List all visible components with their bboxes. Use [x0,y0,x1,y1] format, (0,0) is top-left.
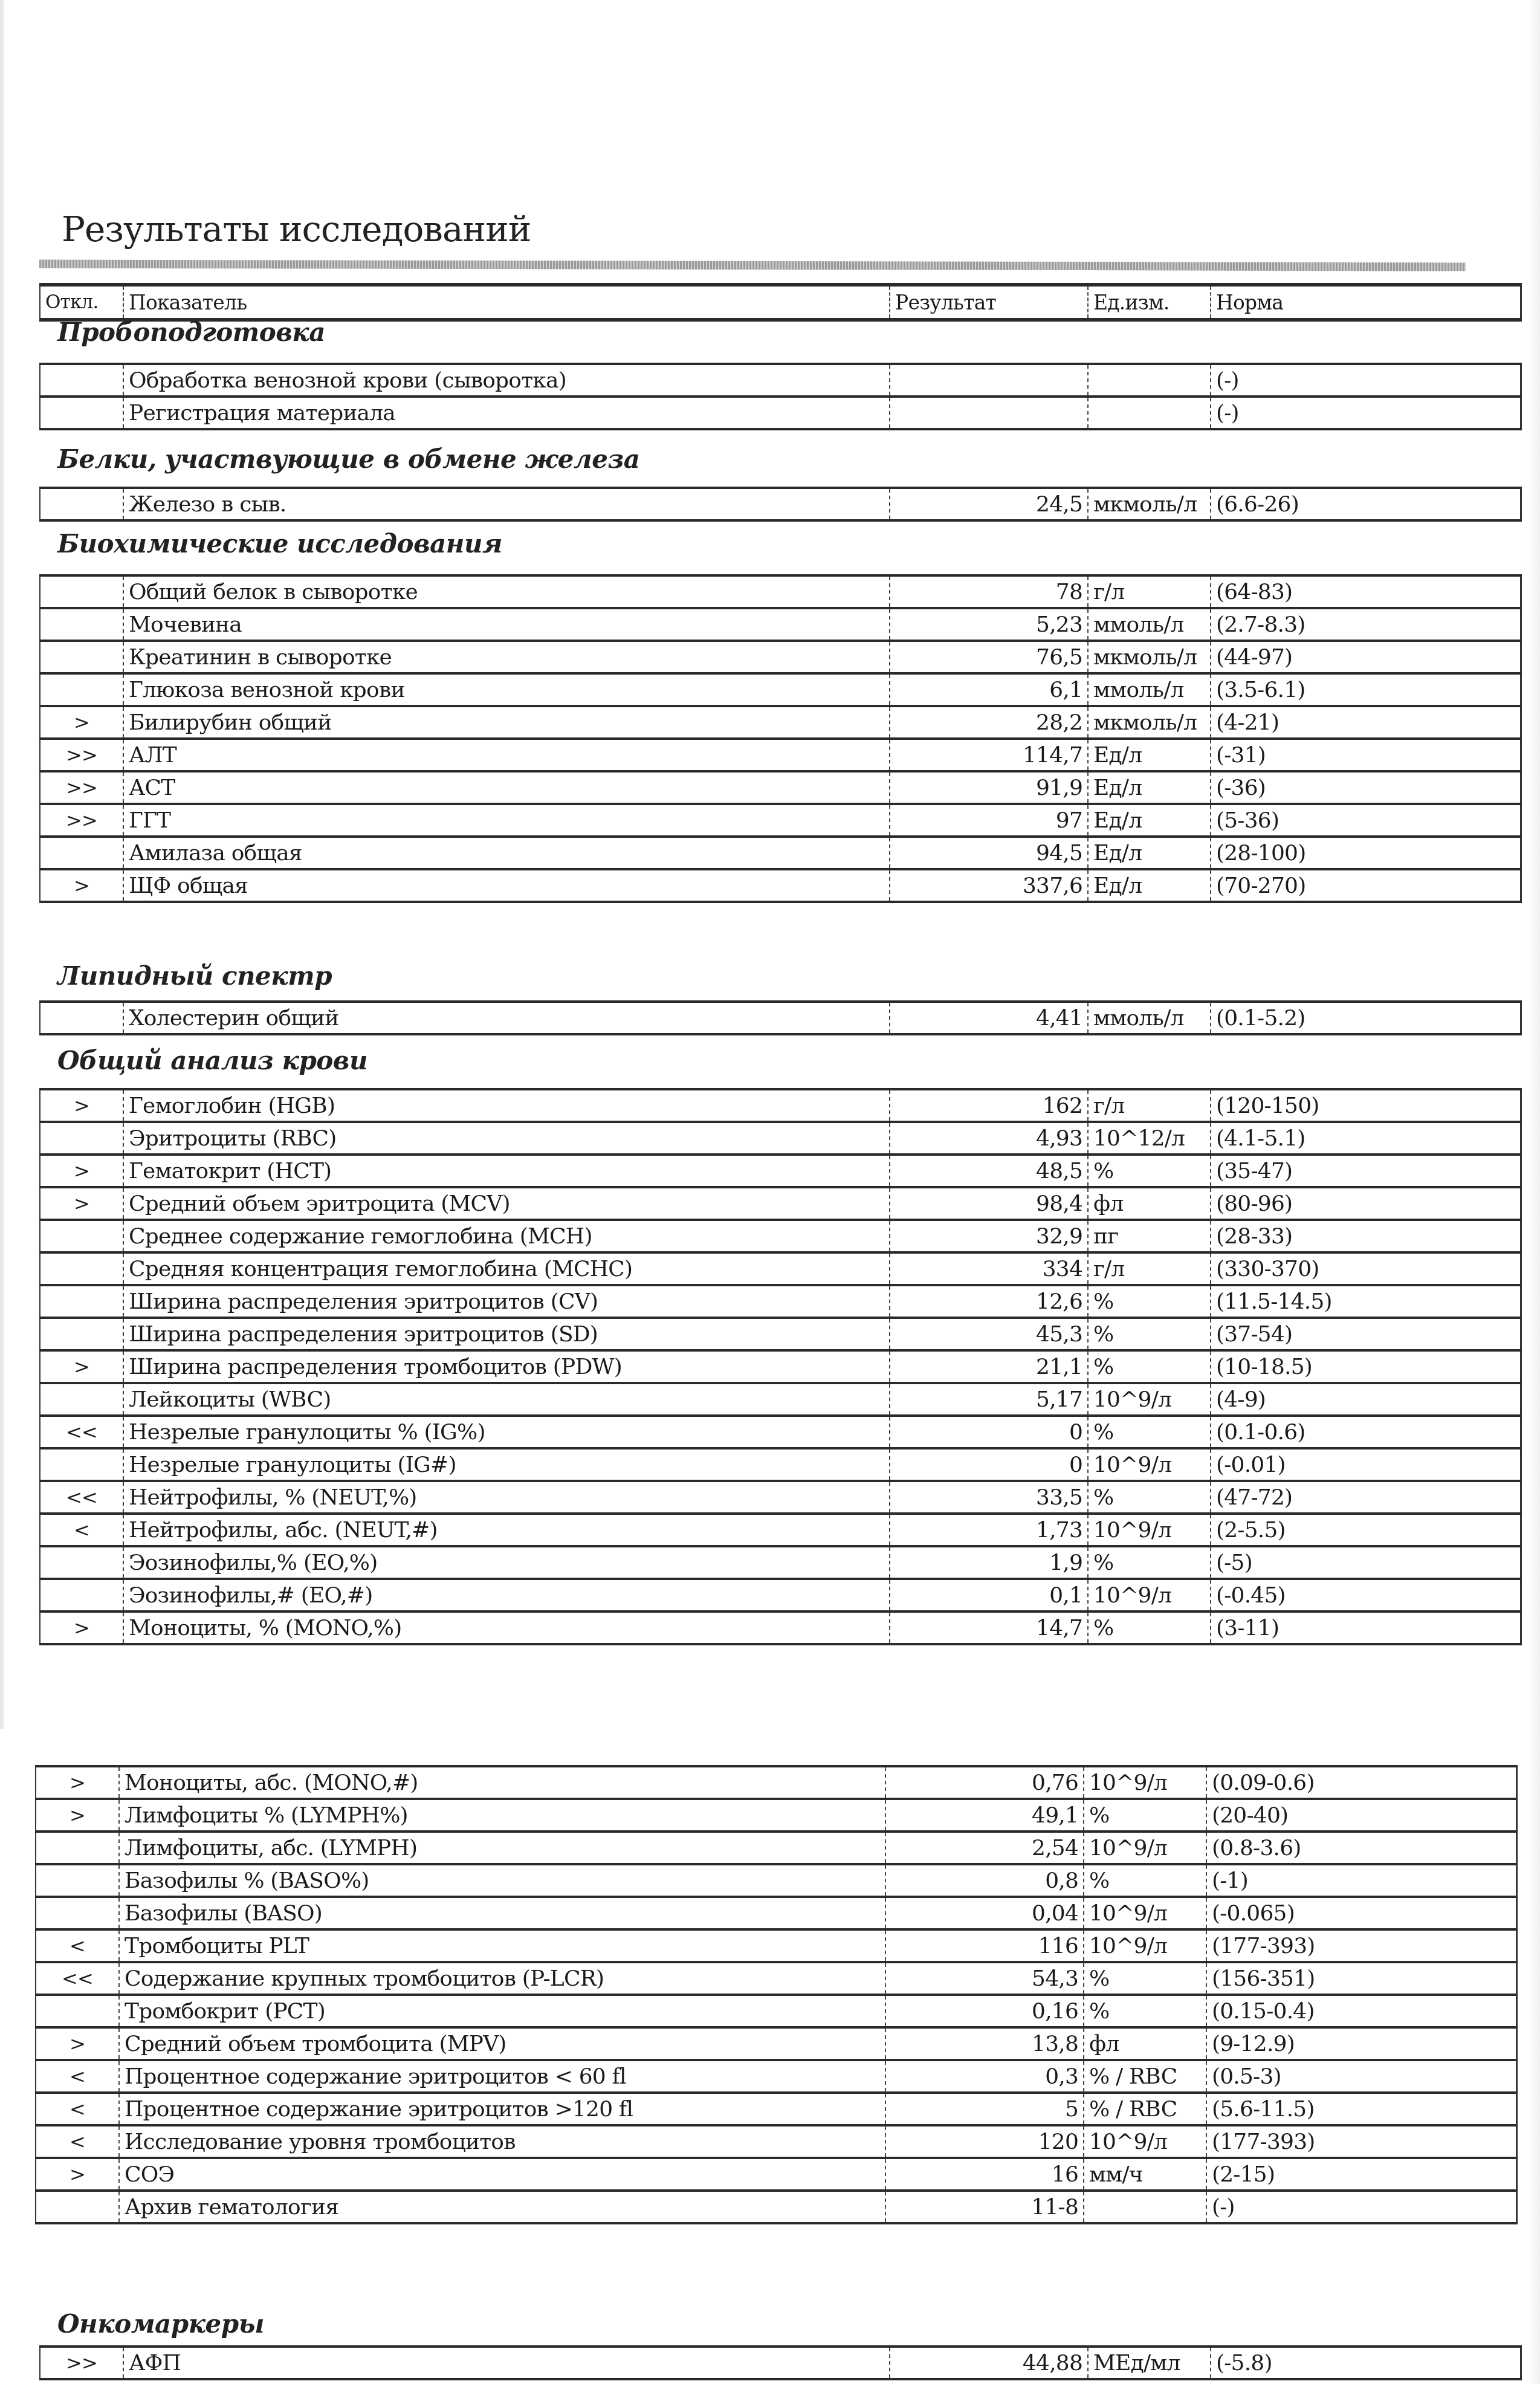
deviation-flag [40,1285,123,1318]
section-title: Липидный спектр [57,961,332,991]
result-value: 0,1 [890,1579,1088,1611]
unit: % / RBC [1084,2060,1206,2093]
result-value: 334 [890,1252,1088,1285]
deviation-flag [36,1832,119,1864]
indicator-name: Тромбоциты PLT [119,1929,885,1962]
result-value: 5 [885,2093,1084,2125]
norm-range: (9-12.9) [1206,2027,1517,2060]
norm-range: (2.7-8.3) [1211,608,1521,641]
norm-range: (0.8-3.6) [1206,1832,1517,1864]
unit [1084,2191,1206,2223]
table-row: Архив гематология11-8(-) [36,2191,1517,2223]
table-row: Лейкоциты (WBC)5,1710^9/л(4-9) [40,1383,1521,1416]
table-row: Ширина распределения эритроцитов (SD)45,… [40,1318,1521,1350]
table-row: >Гемоглобин (HGB)162г/л(120-150) [40,1089,1521,1122]
indicator-name: Эритроциты (RBC) [123,1122,890,1155]
table-row: Глюкоза венозной крови6,1ммоль/л(3.5-6.1… [40,673,1521,706]
indicator-name: Эозинофилы,% (EO,%) [123,1546,890,1579]
result-value: 0,8 [885,1864,1084,1897]
deviation-flag: << [40,1481,123,1514]
table-row: <<Содержание крупных тромбоцитов (P-LCR)… [36,1962,1517,1995]
norm-range: (-) [1206,2191,1517,2223]
result-value: 45,3 [890,1318,1088,1350]
indicator-name: Нейтрофилы, абс. (NEUT,#) [123,1514,890,1546]
header-unit: Ед.изм. [1088,285,1211,320]
indicator-name: Тромбокрит (PCT) [119,1995,885,2027]
norm-range: (64-83) [1211,575,1521,608]
results-table: Обработка венозной крови (сыворотка)(-)Р… [39,363,1522,430]
indicator-name: АФП [123,2347,890,2379]
norm-range: (-) [1211,397,1521,429]
deviation-flag [40,397,123,429]
table-row: >СОЭ16мм/ч(2-15) [36,2158,1517,2191]
unit: % [1088,1155,1211,1187]
result-value: 116 [885,1929,1084,1962]
result-value [890,397,1088,429]
unit: Ед/л [1088,739,1211,771]
deviation-flag [40,837,123,869]
deviation-flag: < [36,2060,119,2093]
header-flag: Откл. [40,285,123,320]
deviation-flag [40,1002,123,1034]
norm-range: (10-18.5) [1211,1350,1521,1383]
deviation-flag: < [36,1929,119,1962]
table-row: Креатинин в сыворотке76,5мкмоль/л(44-97) [40,641,1521,673]
unit: % [1088,1611,1211,1644]
result-value: 4,41 [890,1002,1088,1034]
indicator-name: Билирубин общий [123,706,890,739]
result-value: 54,3 [885,1962,1084,1995]
result-value: 4,93 [890,1122,1088,1155]
result-value: 28,2 [890,706,1088,739]
table-row: Эритроциты (RBC)4,9310^12/л(4.1-5.1) [40,1122,1521,1155]
unit: % [1088,1416,1211,1448]
results-table: Железо в сыв.24,5мкмоль/л(6.6-26) [39,487,1522,522]
norm-range: (-5.8) [1211,2347,1521,2379]
deviation-flag [40,1448,123,1481]
deviation-flag: > [40,1155,123,1187]
table-row: <Процентное содержание эритроцитов >120 … [36,2093,1517,2125]
unit: мм/ч [1084,2158,1206,2191]
norm-range: (-0.45) [1211,1579,1521,1611]
indicator-name: Средний объем тромбоцита (MPV) [119,2027,885,2060]
unit: % [1088,1350,1211,1383]
indicator-name: Ширина распределения эритроцитов (CV) [123,1285,890,1318]
norm-range: (-0.01) [1211,1448,1521,1481]
unit: г/л [1088,1252,1211,1285]
table-row: Незрелые гранулоциты (IG#)010^9/л(-0.01) [40,1448,1521,1481]
indicator-name: Эозинофилы,# (EO,#) [123,1579,890,1611]
indicator-name: Лимфоциты % (LYMPH%) [119,1799,885,1832]
section-title: Биохимические исследования [57,529,502,559]
norm-range: (47-72) [1211,1481,1521,1514]
indicator-name: Среднее содержание гемоглобина (MCH) [123,1220,890,1252]
deviation-flag [40,673,123,706]
unit: Ед/л [1088,804,1211,837]
result-value: 5,23 [890,608,1088,641]
result-value: 5,17 [890,1383,1088,1416]
unit: 10^9/л [1084,1929,1206,1962]
result-value: 33,5 [890,1481,1088,1514]
table-row: Обработка венозной крови (сыворотка)(-) [40,364,1521,397]
unit: % [1084,1995,1206,2027]
deviation-flag [36,2191,119,2223]
unit: мкмоль/л [1088,641,1211,673]
section-title: Онкомаркеры [57,2309,264,2339]
deviation-flag: > [40,1187,123,1220]
deviation-flag [40,1252,123,1285]
indicator-name: Исследование уровня тромбоцитов [119,2125,885,2158]
result-value: 0,76 [885,1766,1084,1799]
result-value: 49,1 [885,1799,1084,1832]
indicator-name: Процентное содержание эритроцитов >120 f… [119,2093,885,2125]
results-table: Общий белок в сыворотке78г/л(64-83)Мочев… [39,574,1522,903]
unit: 10^9/л [1084,2125,1206,2158]
result-value: 337,6 [890,869,1088,902]
deviation-flag: >> [40,771,123,804]
deviation-flag: > [36,1799,119,1832]
result-value: 1,73 [890,1514,1088,1546]
unit: % [1088,1318,1211,1350]
unit: 10^9/л [1088,1579,1211,1611]
table-row: <Процентное содержание эритроцитов < 60 … [36,2060,1517,2093]
deviation-flag: < [36,2125,119,2158]
norm-range: (44-97) [1211,641,1521,673]
unit: фл [1088,1187,1211,1220]
table-row: Ширина распределения эритроцитов (CV)12,… [40,1285,1521,1318]
deviation-flag [40,641,123,673]
unit: мкмоль/л [1088,706,1211,739]
table-row: <<Нейтрофилы, % (NEUT,%)33,5%(47-72) [40,1481,1521,1514]
table-row: >Ширина распределения тромбоцитов (PDW)2… [40,1350,1521,1383]
indicator-name: Моноциты, % (MONO,%) [123,1611,890,1644]
indicator-name: Обработка венозной крови (сыворотка) [123,364,890,397]
result-value: 0,3 [885,2060,1084,2093]
table-row: Тромбокрит (PCT)0,16%(0.15-0.4) [36,1995,1517,2027]
deviation-flag: > [40,869,123,902]
result-value: 21,1 [890,1350,1088,1383]
unit: 10^9/л [1084,1832,1206,1864]
norm-range: (3-11) [1211,1611,1521,1644]
result-value: 120 [885,2125,1084,2158]
title-rule [39,260,1466,271]
deviation-flag: > [40,706,123,739]
deviation-flag [40,1383,123,1416]
unit: 10^9/л [1084,1766,1206,1799]
unit: фл [1084,2027,1206,2060]
norm-range: (2-5.5) [1211,1514,1521,1546]
norm-range: (-1) [1206,1864,1517,1897]
norm-range: (120-150) [1211,1089,1521,1122]
deviation-flag [36,1995,119,2027]
table-row: Регистрация материала(-) [40,397,1521,429]
norm-range: (177-393) [1206,2125,1517,2158]
indicator-name: Незрелые гранулоциты % (IG%) [123,1416,890,1448]
result-value: 98,4 [890,1187,1088,1220]
deviation-flag: >> [40,739,123,771]
deviation-flag: > [36,2027,119,2060]
indicator-name: ГГТ [123,804,890,837]
unit: Ед/л [1088,869,1211,902]
deviation-flag: > [40,1611,123,1644]
deviation-flag [40,1122,123,1155]
unit: г/л [1088,575,1211,608]
results-table-continued: >Моноциты, абс. (MONO,#)0,7610^9/л(0.09-… [35,1765,1518,2224]
indicator-name: Незрелые гранулоциты (IG#) [123,1448,890,1481]
deviation-flag [40,608,123,641]
table-row: Базофилы % (BASO%)0,8%(-1) [36,1864,1517,1897]
norm-range: (0.09-0.6) [1206,1766,1517,1799]
unit: ммоль/л [1088,608,1211,641]
indicator-name: Средняя концентрация гемоглобина (MCHC) [123,1252,890,1285]
result-value: 78 [890,575,1088,608]
indicator-name: АЛТ [123,739,890,771]
norm-range: (-) [1211,364,1521,397]
result-value: 0,16 [885,1995,1084,2027]
indicator-name: Содержание крупных тромбоцитов (P-LCR) [119,1962,885,1995]
norm-range: (5.6-11.5) [1206,2093,1517,2125]
norm-range: (330-370) [1211,1252,1521,1285]
deviation-flag: > [36,1766,119,1799]
unit: % [1084,1864,1206,1897]
deviation-flag: > [40,1089,123,1122]
norm-range: (-5) [1211,1546,1521,1579]
unit: 10^9/л [1088,1514,1211,1546]
table-row: Средняя концентрация гемоглобина (MCHC)3… [40,1252,1521,1285]
result-value: 0,04 [885,1897,1084,1929]
table-row: >>АСТ91,9Ед/л(-36) [40,771,1521,804]
result-value: 32,9 [890,1220,1088,1252]
result-value: 13,8 [885,2027,1084,2060]
result-value: 16 [885,2158,1084,2191]
header-result: Результат [890,285,1088,320]
norm-range: (37-54) [1211,1318,1521,1350]
table-row: Железо в сыв.24,5мкмоль/л(6.6-26) [40,488,1521,520]
deviation-flag: > [40,1350,123,1383]
unit: % [1084,1962,1206,1995]
norm-range: (80-96) [1211,1187,1521,1220]
table-row: <Исследование уровня тромбоцитов12010^9/… [36,2125,1517,2158]
unit: Ед/л [1088,837,1211,869]
unit: % [1088,1481,1211,1514]
norm-range: (28-100) [1211,837,1521,869]
norm-range: (4-9) [1211,1383,1521,1416]
norm-range: (70-270) [1211,869,1521,902]
result-value: 1,9 [890,1546,1088,1579]
norm-range: (0.1-5.2) [1211,1002,1521,1034]
table-row: >ЩФ общая337,6Ед/л(70-270) [40,869,1521,902]
result-value: 11-8 [885,2191,1084,2223]
section-title: Пробоподготовка [57,317,325,347]
indicator-name: Креатинин в сыворотке [123,641,890,673]
indicator-name: Архив гематология [119,2191,885,2223]
section-title: Общий анализ крови [57,1046,367,1075]
deviation-flag [40,1579,123,1611]
unit: ммоль/л [1088,673,1211,706]
results-table: >Гемоглобин (HGB)162г/л(120-150)Эритроци… [39,1088,1522,1645]
deviation-flag: >> [40,2347,123,2379]
results-table: >>АФП44,88МЕд/мл(-5.8) [39,2345,1522,2380]
indicator-name: СОЭ [119,2158,885,2191]
section-title: Белки, участвующие в обмене железа [57,444,639,474]
indicator-name: Гемоглобин (HGB) [123,1089,890,1122]
unit: г/л [1088,1089,1211,1122]
header-name: Показатель [123,285,890,320]
result-value: 76,5 [890,641,1088,673]
deviation-flag: > [36,2158,119,2191]
result-value: 14,7 [890,1611,1088,1644]
result-value: 91,9 [890,771,1088,804]
deviation-flag [40,575,123,608]
table-row: >Моноциты, абс. (MONO,#)0,7610^9/л(0.09-… [36,1766,1517,1799]
unit: % [1088,1546,1211,1579]
table-row: >Лимфоциты % (LYMPH%)49,1%(20-40) [36,1799,1517,1832]
norm-range: (156-351) [1206,1962,1517,1995]
norm-range: (4-21) [1211,706,1521,739]
indicator-name: Процентное содержание эритроцитов < 60 f… [119,2060,885,2093]
indicator-name: Железо в сыв. [123,488,890,520]
scan-edge-left [0,0,4,1729]
scan-edge-right [1527,0,1540,2384]
indicator-name: ЩФ общая [123,869,890,902]
table-row: >>АЛТ114,7Ед/л(-31) [40,739,1521,771]
norm-range: (177-393) [1206,1929,1517,1962]
deviation-flag: >> [40,804,123,837]
result-value [890,364,1088,397]
indicator-name: Базофилы % (BASO%) [119,1864,885,1897]
deviation-flag [40,1546,123,1579]
norm-range: (2-15) [1206,2158,1517,2191]
indicator-name: Ширина распределения эритроцитов (SD) [123,1318,890,1350]
indicator-name: Ширина распределения тромбоцитов (PDW) [123,1350,890,1383]
indicator-name: Амилаза общая [123,837,890,869]
unit: % / RBC [1084,2093,1206,2125]
unit: мкмоль/л [1088,488,1211,520]
table-row: >Гематокрит (HCT)48,5%(35-47) [40,1155,1521,1187]
deviation-flag: << [36,1962,119,1995]
norm-range: (6.6-26) [1211,488,1521,520]
indicator-name: Холестерин общий [123,1002,890,1034]
deviation-flag [36,1897,119,1929]
table-row: <Тромбоциты PLT11610^9/л(177-393) [36,1929,1517,1962]
table-row: Холестерин общий4,41ммоль/л(0.1-5.2) [40,1002,1521,1034]
deviation-flag [40,364,123,397]
table-row: Эозинофилы,# (EO,#)0,110^9/л(-0.45) [40,1579,1521,1611]
norm-range: (0.5-3) [1206,2060,1517,2093]
unit: 10^12/л [1088,1122,1211,1155]
table-row: >>ГГТ97Ед/л(5-36) [40,804,1521,837]
norm-range: (0.1-0.6) [1211,1416,1521,1448]
indicator-name: Лейкоциты (WBC) [123,1383,890,1416]
norm-range: (-31) [1211,739,1521,771]
table-row: Базофилы (BASO)0,0410^9/л(-0.065) [36,1897,1517,1929]
deviation-flag: << [40,1416,123,1448]
table-row: >Билирубин общий28,2мкмоль/л(4-21) [40,706,1521,739]
table-row: Мочевина5,23ммоль/л(2.7-8.3) [40,608,1521,641]
indicator-name: Глюкоза венозной крови [123,673,890,706]
indicator-name: Моноциты, абс. (MONO,#) [119,1766,885,1799]
results-table: Холестерин общий4,41ммоль/л(0.1-5.2) [39,1000,1522,1035]
table-row: Общий белок в сыворотке78г/л(64-83) [40,575,1521,608]
header-row: Откл. Показатель Результат Ед.изм. Норма [40,285,1521,320]
norm-range: (-36) [1211,771,1521,804]
unit: % [1088,1285,1211,1318]
indicator-name: Общий белок в сыворотке [123,575,890,608]
indicator-name: Нейтрофилы, % (NEUT,%) [123,1481,890,1514]
result-value: 44,88 [890,2347,1088,2379]
table-row: >Моноциты, % (MONO,%)14,7%(3-11) [40,1611,1521,1644]
deviation-flag [40,488,123,520]
result-value: 48,5 [890,1155,1088,1187]
unit: Ед/л [1088,771,1211,804]
unit [1088,364,1211,397]
result-value: 162 [890,1089,1088,1122]
indicator-name: Базофилы (BASO) [119,1897,885,1929]
deviation-flag [40,1318,123,1350]
norm-range: (3.5-6.1) [1211,673,1521,706]
unit: 10^9/л [1084,1897,1206,1929]
deviation-flag [36,1864,119,1897]
norm-range: (4.1-5.1) [1211,1122,1521,1155]
norm-range: (0.15-0.4) [1206,1995,1517,2027]
table-row: <<Незрелые гранулоциты % (IG%)0%(0.1-0.6… [40,1416,1521,1448]
table-row: <Нейтрофилы, абс. (NEUT,#)1,7310^9/л(2-5… [40,1514,1521,1546]
header-norm: Норма [1211,285,1521,320]
table-row: Лимфоциты, абс. (LYMPH)2,5410^9/л(0.8-3.… [36,1832,1517,1864]
results-table-header: Откл. Показатель Результат Ед.изм. Норма [39,283,1522,322]
table-row: >Средний объем тромбоцита (MPV)13,8фл(9-… [36,2027,1517,2060]
indicator-name: АСТ [123,771,890,804]
result-value: 12,6 [890,1285,1088,1318]
indicator-name: Лимфоциты, абс. (LYMPH) [119,1832,885,1864]
norm-range: (11.5-14.5) [1211,1285,1521,1318]
table-row: >Средний объем эритроцита (MCV)98,4фл(80… [40,1187,1521,1220]
unit: 10^9/л [1088,1448,1211,1481]
deviation-flag: < [36,2093,119,2125]
unit: пг [1088,1220,1211,1252]
norm-range: (35-47) [1211,1155,1521,1187]
indicator-name: Гематокрит (HCT) [123,1155,890,1187]
norm-range: (-0.065) [1206,1897,1517,1929]
table-row: Эозинофилы,% (EO,%)1,9%(-5) [40,1546,1521,1579]
result-value: 0 [890,1416,1088,1448]
unit: ммоль/л [1088,1002,1211,1034]
norm-range: (5-36) [1211,804,1521,837]
unit: 10^9/л [1088,1383,1211,1416]
table-row: Амилаза общая94,5Ед/л(28-100) [40,837,1521,869]
result-value: 97 [890,804,1088,837]
result-value: 2,54 [885,1832,1084,1864]
indicator-name: Регистрация материала [123,397,890,429]
unit [1088,397,1211,429]
norm-range: (20-40) [1206,1799,1517,1832]
result-value: 0 [890,1448,1088,1481]
indicator-name: Средний объем эритроцита (MCV) [123,1187,890,1220]
indicator-name: Мочевина [123,608,890,641]
table-row: >>АФП44,88МЕд/мл(-5.8) [40,2347,1521,2379]
unit: МЕд/мл [1088,2347,1211,2379]
result-value: 6,1 [890,673,1088,706]
norm-range: (28-33) [1211,1220,1521,1252]
table-row: Среднее содержание гемоглобина (MCH)32,9… [40,1220,1521,1252]
result-value: 114,7 [890,739,1088,771]
unit: % [1084,1799,1206,1832]
page-title: Результаты исследований [62,209,531,250]
deviation-flag: < [40,1514,123,1546]
result-value: 24,5 [890,488,1088,520]
result-value: 94,5 [890,837,1088,869]
deviation-flag [40,1220,123,1252]
